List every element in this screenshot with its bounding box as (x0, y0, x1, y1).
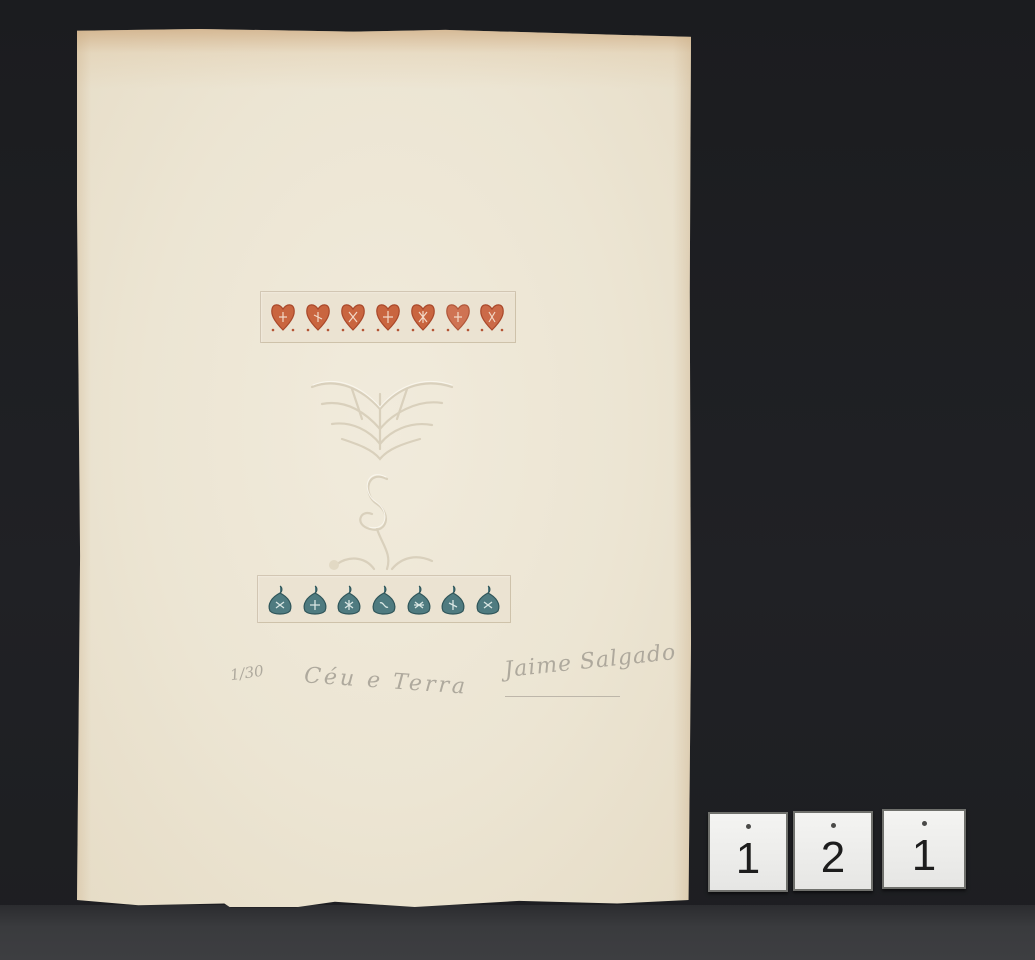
display-shelf (0, 905, 1035, 960)
artwork-title: Céu e Terra (303, 663, 469, 699)
tile-hanging-hole (922, 821, 927, 826)
bulb-motif-icon (439, 582, 467, 616)
bulb-motif-icon (474, 582, 502, 616)
blind-emboss-flower-serpent (292, 369, 467, 579)
tile-hanging-hole (831, 823, 836, 828)
top-heart-band (260, 291, 516, 343)
edition-number: 1/30 (229, 662, 265, 685)
signature-underline (505, 696, 620, 697)
bulb-motif-icon (370, 582, 398, 616)
lot-number-tile: 1 (708, 812, 788, 892)
bulb-motif-icon (266, 582, 294, 616)
print-paper-sheet: 1/30 Céu e Terra Jaime Salgado (77, 29, 691, 907)
lot-digit: 1 (912, 831, 936, 881)
lot-number-tile: 1 (882, 809, 966, 889)
heart-motif-icon (444, 300, 472, 334)
bottom-bulb-band (257, 575, 511, 623)
artist-signature: Jaime Salgado (503, 640, 677, 683)
heart-motif-icon (478, 300, 506, 334)
foxed-top-edge (77, 29, 691, 89)
heart-motif-icon (269, 300, 297, 334)
bulb-motif-icon (405, 582, 433, 616)
bulb-motif-icon (335, 582, 363, 616)
heart-motif-icon (304, 300, 332, 334)
heart-motif-icon (374, 300, 402, 334)
paper-right-edge (673, 29, 691, 907)
lot-digit: 1 (736, 834, 760, 884)
lot-number-tile: 2 (793, 811, 873, 891)
heart-motif-icon (339, 300, 367, 334)
lot-digit: 2 (821, 833, 845, 883)
heart-motif-icon (409, 300, 437, 334)
tile-hanging-hole (746, 824, 751, 829)
bulb-motif-icon (301, 582, 329, 616)
